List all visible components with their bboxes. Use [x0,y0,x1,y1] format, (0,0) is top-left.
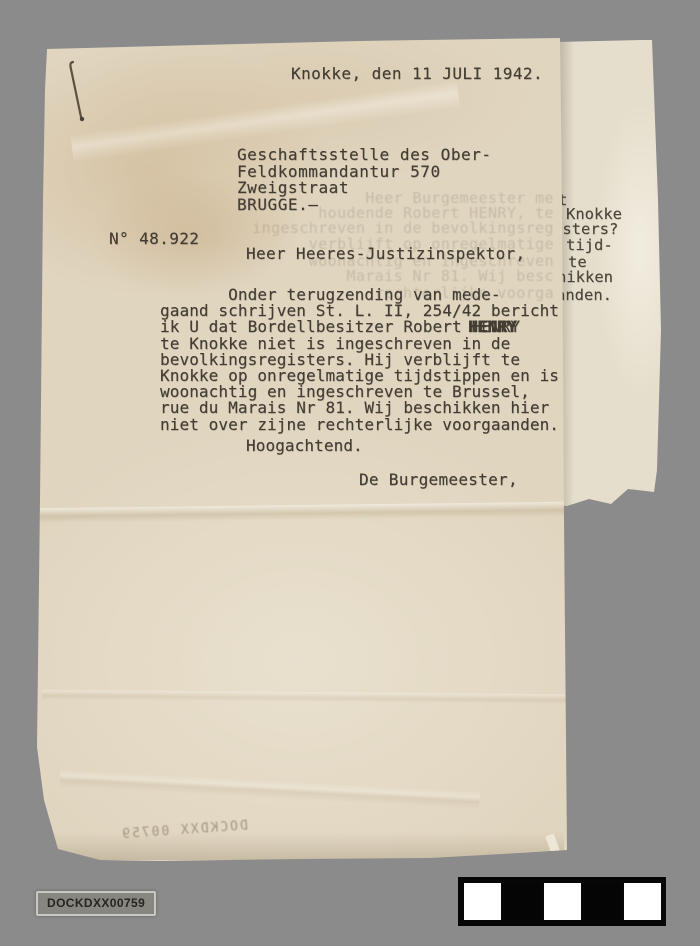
calibration-bar [458,877,666,926]
staple-icon [62,58,92,128]
salutation: Heer Heeres-Justizinspektor, [246,246,526,262]
calibration-square [624,883,661,920]
date-line: Knokke, den 11 JULI 1942. [291,66,543,82]
calibration-square [584,883,621,920]
henry-emphasis-overlay: HENRY [468,319,517,335]
archive-label: DOCKDXX00759 [36,891,156,916]
paper-crease [42,690,566,705]
closing-line: Hoogachtend. [246,438,363,454]
calibration-square [504,883,541,920]
pencil-note-mirrored: DOCKDXX 00759 [88,818,249,844]
letter-body: Onder terugzending van mede- gaand schri… [160,287,559,433]
recipient-address: Geschaftsstelle des Ober- Feldkommandant… [237,147,492,213]
reference-number: N° 48.922 [109,231,199,247]
calibration-square [464,883,501,920]
paper-crease [59,744,482,826]
paper-fold-crease [40,502,566,523]
signature-title: De Burgemeester, [359,472,518,488]
scanned-document-photo: t Knokke isters? tijd- te hikken anden. … [0,0,700,946]
calibration-square [544,883,581,920]
ghost-text-line: Marais Nr 81. Wij besc [347,267,554,285]
paper-corner-fold [545,833,564,864]
